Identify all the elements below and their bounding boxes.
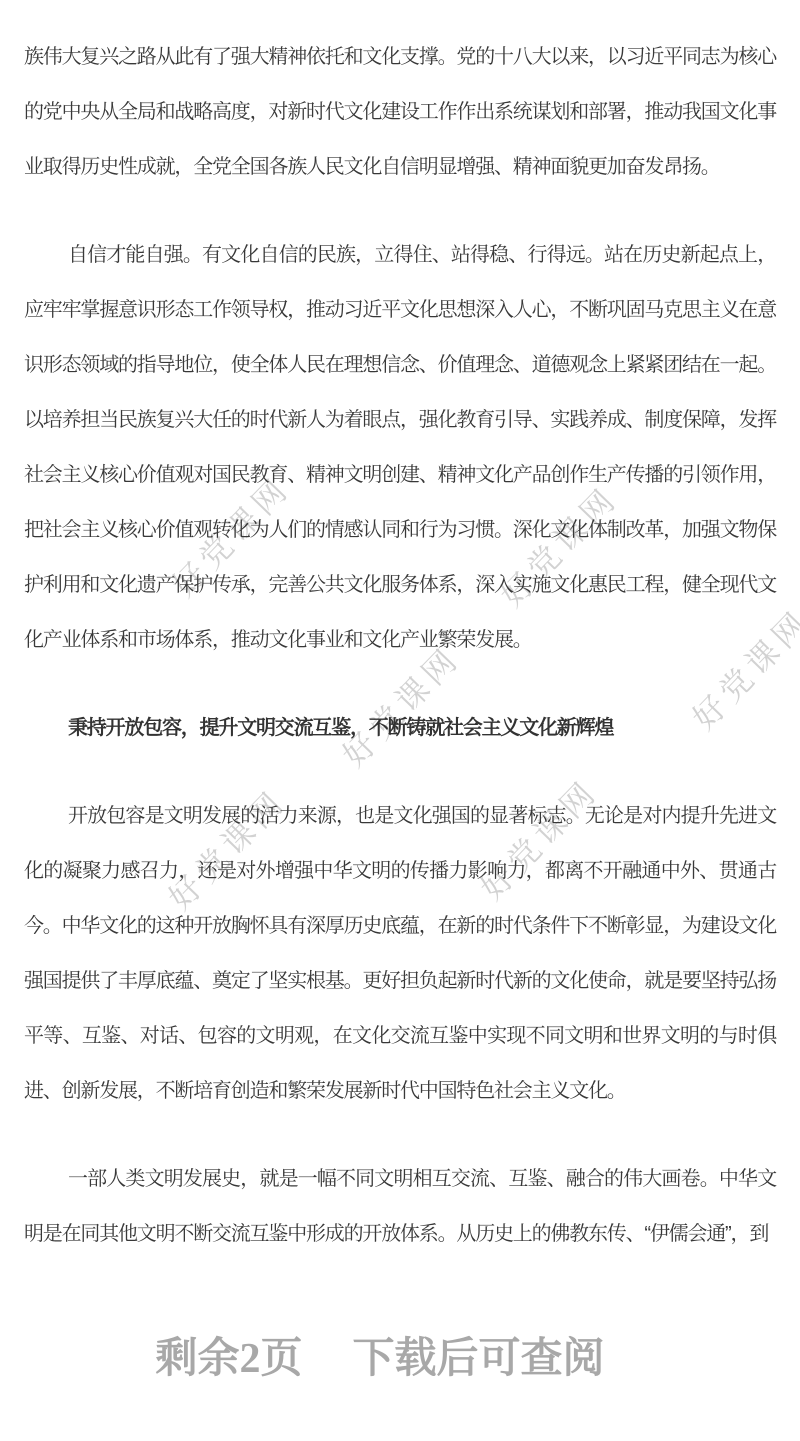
preview-footer: 剩余2页 下载后可查阅 <box>0 1334 780 1384</box>
document-body: 族伟大复兴之路从此有了强大精神依托和文化支撑。党的十八大以来，以习近平同志为核心… <box>24 30 776 1295</box>
section-heading: 秉持开放包容，提升文明交流互鉴，不断铸就社会主义文化新辉煌 <box>24 701 776 756</box>
paragraph: 族伟大复兴之路从此有了强大精神依托和文化支撑。党的十八大以来，以习近平同志为核心… <box>24 30 776 195</box>
paragraph: 一部人类文明发展史，就是一幅不同文明相互交流、互鉴、融合的伟大画卷。中华文明是在… <box>24 1152 776 1262</box>
paragraph: 自信才能自强。有文化自信的民族，立得住、站得稳、行得远。站在历史新起点上，应牢牢… <box>24 228 776 668</box>
document-page: 好党课网好党课网好党课网好党课网好党课网好党课网 族伟大复兴之路从此有了强大精神… <box>0 0 800 1441</box>
paragraph: 开放包容是文明发展的活力来源，也是文化强国的显著标志。无论是对内提升先进文化的凝… <box>24 789 776 1119</box>
pages-remaining-label: 剩余2页 <box>155 1334 302 1384</box>
download-hint-label: 下载后可查阅 <box>353 1334 605 1384</box>
